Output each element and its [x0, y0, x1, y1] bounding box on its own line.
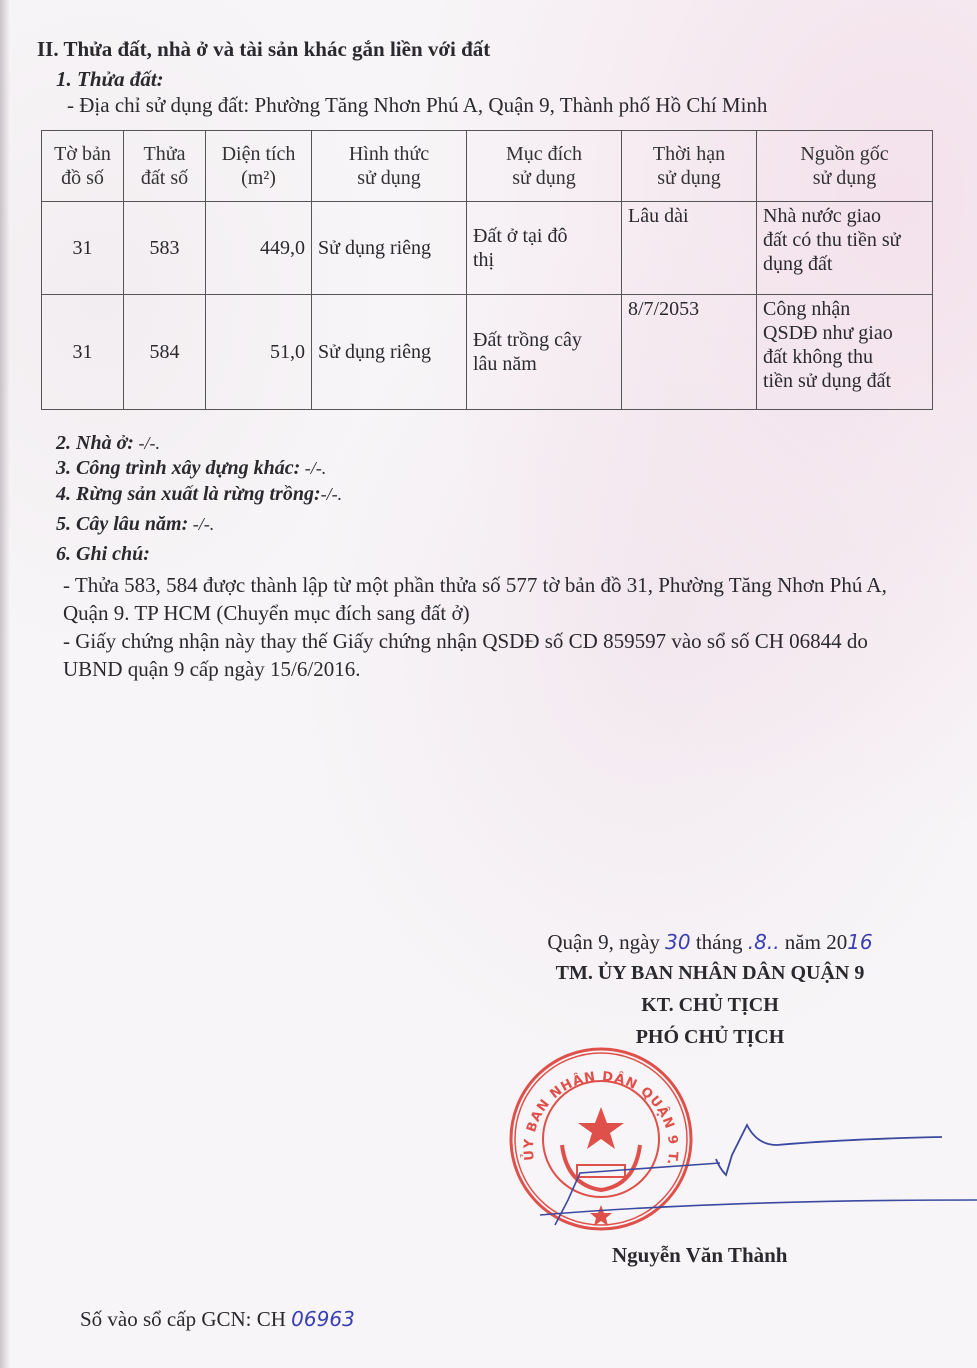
cell-purpose: Đất ở tại đôthị: [467, 202, 622, 295]
cell-parcel: 584: [124, 295, 206, 410]
item-notes-heading: 6. Ghi chú:: [56, 543, 150, 566]
cell-term: Lâu dài: [622, 202, 757, 295]
cell-area: 449,0: [206, 202, 312, 295]
cell-form: Sử dụng riêng: [312, 295, 467, 410]
issuing-org: TM. ỦY BAN NHÂN DÂN QUẬN 9: [500, 962, 920, 985]
table-row: 31 583 449,0 Sử dụng riêng Đất ở tại đôt…: [42, 202, 933, 295]
land-heading: 1. Thửa đất:: [56, 67, 164, 92]
item-other-construction: 3. Công trình xây dựng khác: -/-.: [56, 457, 326, 480]
handwritten-month: .8..: [748, 930, 780, 954]
cell-map-sheet: 31: [42, 295, 124, 410]
cell-form: Sử dụng riêng: [312, 202, 467, 295]
scan-edge: [0, 0, 10, 1368]
header-term: Thời hạnsử dụng: [622, 131, 757, 202]
land-address: - Địa chỉ sử dụng đất: Phường Tăng Nhơn …: [67, 93, 767, 118]
signer-name: Nguyễn Văn Thành: [612, 1243, 787, 1268]
handwritten-year: 16: [847, 930, 872, 954]
item-perennial-trees: 5. Cây lâu năm: -/-.: [56, 513, 214, 536]
section-title: II. Thửa đất, nhà ở và tài sản khác gắn …: [37, 37, 490, 62]
cell-area: 51,0: [206, 295, 312, 410]
header-area: Diện tích(m²): [206, 131, 312, 202]
handwritten-registration-number: 06963: [291, 1307, 355, 1331]
item-house: 2. Nhà ở: -/-.: [56, 432, 160, 455]
cell-parcel: 583: [124, 202, 206, 295]
header-parcel: Thửađất số: [124, 131, 206, 202]
cell-map-sheet: 31: [42, 202, 124, 295]
signer-role-1: KT. CHỦ TỊCH: [500, 994, 920, 1017]
header-form: Hình thứcsử dụng: [312, 131, 467, 202]
handwritten-day: 30: [665, 930, 690, 954]
registration-number: Số vào sổ cấp GCN: CH 06963: [80, 1307, 355, 1332]
header-purpose: Mục đíchsử dụng: [467, 131, 622, 202]
header-map-sheet: Tờ bảnđồ số: [42, 131, 124, 202]
table-header-row: Tờ bảnđồ số Thửađất số Diện tích(m²) Hìn…: [42, 131, 933, 202]
cell-purpose: Đất trồng câylâu năm: [467, 295, 622, 410]
parcel-table: Tờ bảnđồ số Thửađất số Diện tích(m²) Hìn…: [41, 130, 933, 410]
cell-origin: Nhà nước giaođất có thu tiền sửdụng đất: [757, 202, 933, 295]
issue-date: Quận 9, ngày 30 tháng .8.. năm 2016: [500, 930, 920, 955]
header-origin: Nguồn gốcsử dụng: [757, 131, 933, 202]
note-1: - Thửa 583, 584 được thành lập từ một ph…: [63, 571, 903, 627]
cell-term: 8/7/2053: [622, 295, 757, 410]
item-planted-forest: 4. Rừng sản xuất là rừng trồng:-/-.: [56, 483, 342, 506]
handwritten-signature: [520, 1085, 977, 1235]
note-2: - Giấy chứng nhận này thay thế Giấy chứn…: [63, 627, 903, 683]
cell-origin: Công nhậnQSDĐ như giaođất không thutiền …: [757, 295, 933, 410]
table-row: 31 584 51,0 Sử dụng riêng Đất trồng câyl…: [42, 295, 933, 410]
